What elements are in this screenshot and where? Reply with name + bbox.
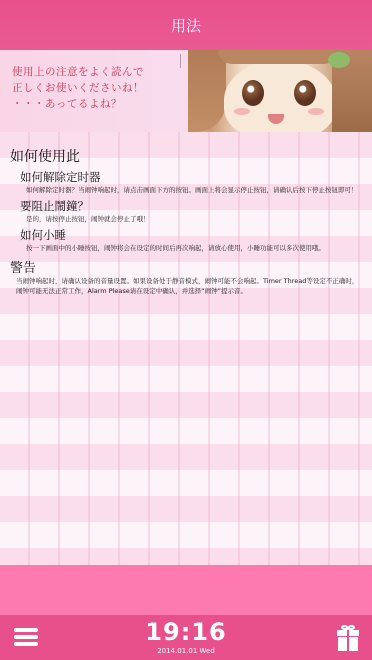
gift-icon[interactable] — [336, 625, 360, 651]
character-mouth — [268, 114, 284, 124]
character-bangs — [218, 50, 338, 64]
usage-section: 如何解除定时器 如何解除定时器？当闹钟响起时，请点击画面下方的按钮。画面上将会显… — [20, 170, 362, 195]
character-eye-right — [294, 80, 316, 106]
character-face — [224, 60, 336, 132]
clock-date: 2014.01.01 Wed — [0, 647, 372, 656]
banner-message: 使用上の注意をよく読んで 正しくお使いくださいね！ ・・・あってるよね？ — [12, 64, 144, 112]
usage-title: 如何使用此 — [10, 146, 362, 166]
usage-section: 要阻止鬧鐘？ 是的，请按停止按钮，闹钟就会停止了哦！ — [20, 199, 362, 224]
section-heading: 如何小睡 — [20, 228, 362, 243]
clock: 19:16 2014.01.01 Wed — [0, 617, 372, 656]
footer-bar: 19:16 2014.01.01 Wed — [0, 615, 372, 660]
gift-ribbon — [347, 630, 349, 651]
character-illustration — [188, 50, 372, 132]
usage-content[interactable]: 如何使用此 如何解除定时器 如何解除定时器？当闹钟响起时，请点击画面下方的按钮。… — [0, 132, 372, 565]
section-heading: 要阻止鬧鐘？ — [20, 199, 362, 214]
banner-line: 使用上の注意をよく読んで — [12, 64, 144, 80]
banner: 使用上の注意をよく読んで 正しくお使いくださいね！ ・・・あってるよね？ — [0, 50, 372, 132]
warning-body: 当闹钟响起时，请确认设备的音量设置。如果设备处于静音模式，闹钟可能不会响起。Ti… — [16, 276, 362, 296]
page-title: 用法 — [171, 15, 201, 36]
section-body: 如何解除定时器？当闹钟响起时，请点击画面下方的按钮。画面上将会显示停止按钮，请确… — [26, 185, 362, 195]
section-heading: 如何解除定时器 — [20, 170, 362, 185]
footer-band — [0, 565, 372, 615]
character-hair-left — [188, 50, 226, 132]
warning-heading: 警告 — [10, 257, 362, 276]
character-hair-bow — [328, 52, 350, 68]
character-eye-left — [242, 80, 264, 106]
character-blush — [308, 108, 324, 115]
banner-line: ・・・あってるよね？ — [12, 96, 144, 112]
character-blush — [234, 108, 250, 115]
section-body: 按一下画面中的小睡按钮，闹钟将会在设定的时间后再次响起，请放心使用，小睡功能可以… — [26, 243, 362, 253]
banner-divider — [180, 54, 181, 68]
clock-time: 19:16 — [0, 617, 372, 647]
section-body: 是的，请按停止按钮，闹钟就会停止了哦！ — [26, 214, 362, 224]
banner-line: 正しくお使いくださいね！ — [12, 80, 144, 96]
usage-section: 如何小睡 按一下画面中的小睡按钮，闹钟将会在设定的时间后再次响起，请放心使用，小… — [20, 228, 362, 253]
header-bar: 用法 — [0, 0, 372, 50]
